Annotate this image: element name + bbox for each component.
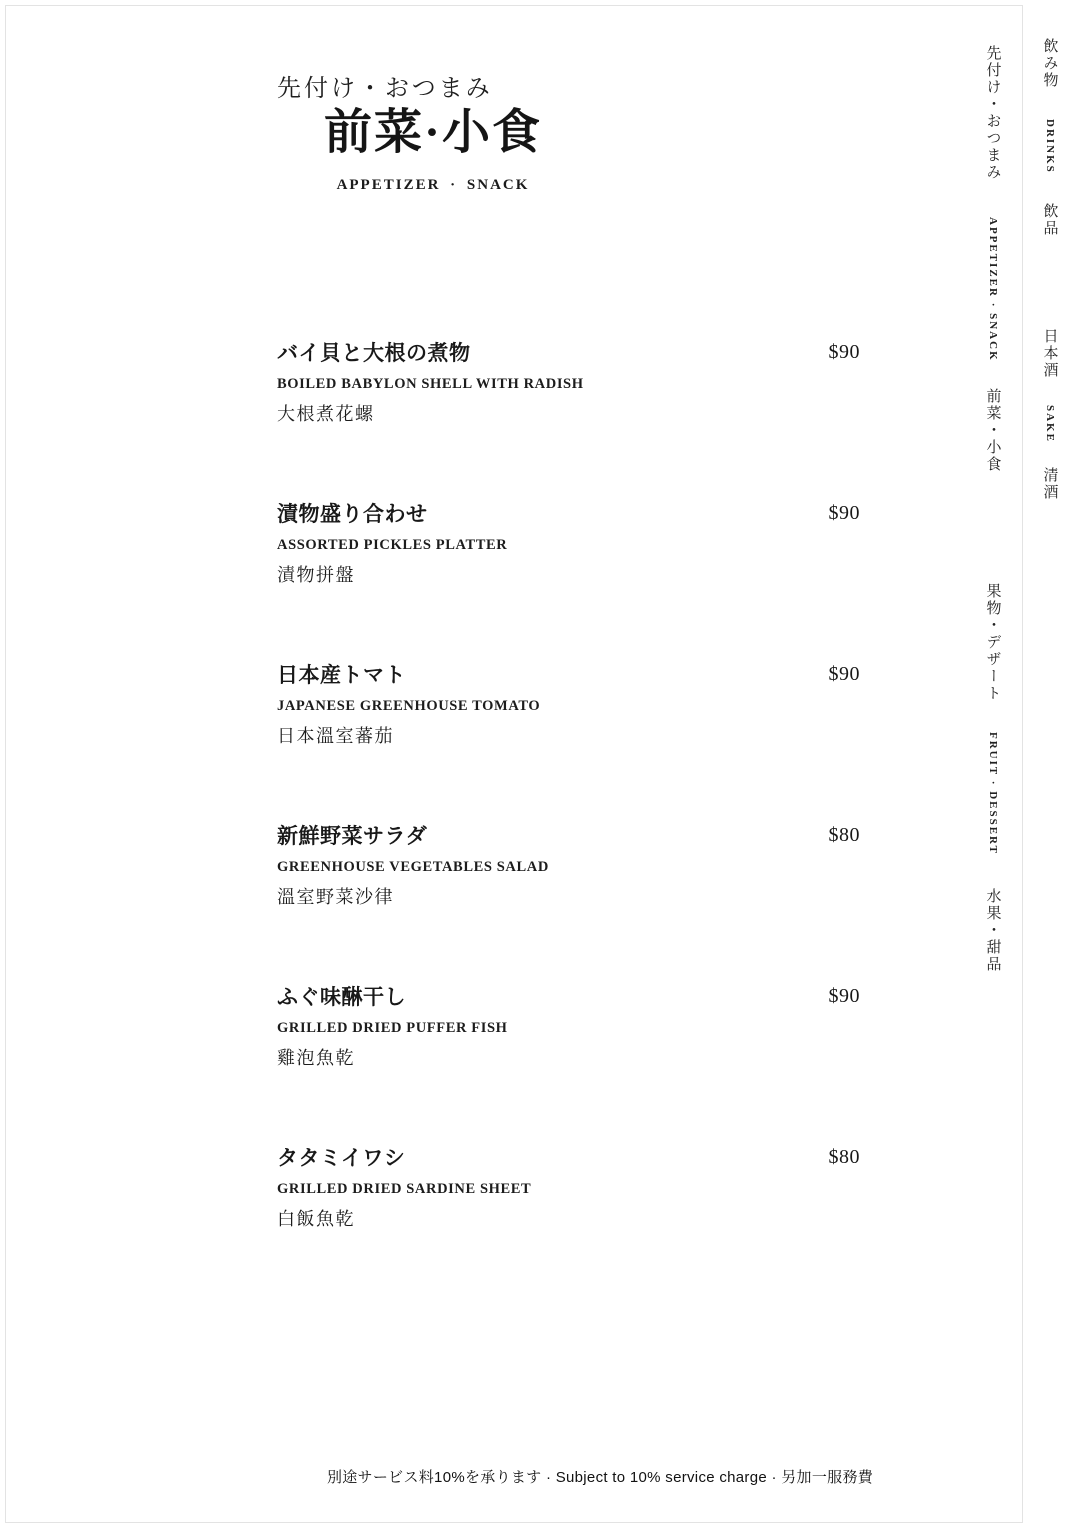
sidenav-appetizer-jp-label: 先付け・おつまみ <box>983 45 1004 181</box>
sidenav-fruit-dessert-zh-label: 水果・甜品 <box>983 888 1004 973</box>
menu-subtitle: APPETIZER · SNACK <box>277 177 589 194</box>
tab-sake-jp-label: 日本酒 <box>1040 328 1061 379</box>
item-price: $80 <box>829 1146 861 1169</box>
menu-item: 漬物盛り合わせ $90 ASSORTED PICKLES PLATTER 漬物拼… <box>277 500 860 587</box>
edge-tab-sake[interactable]: 日本酒 SAKE 清酒 <box>1035 328 1065 501</box>
tab-sake-en-label: SAKE <box>1044 405 1056 443</box>
item-name-en: GRILLED DRIED SARDINE SHEET <box>277 1180 860 1198</box>
item-price: $80 <box>829 824 861 847</box>
item-name-zh: 白飯魚乾 <box>277 1207 860 1231</box>
item-name-en: JAPANESE GREENHOUSE TOMATO <box>277 697 860 715</box>
item-price: $90 <box>829 663 861 686</box>
item-price: $90 <box>829 502 861 525</box>
item-name-zh: 雞泡魚乾 <box>277 1046 860 1070</box>
item-name-zh: 漬物拼盤 <box>277 563 860 587</box>
item-price: $90 <box>829 341 861 364</box>
menu-item: ふぐ味醂干し $90 GRILLED DRIED PUFFER FISH 雞泡魚… <box>277 983 860 1070</box>
sidenav-section-fruit-dessert[interactable]: 果物・デザート FRUIT · DESSERT 水果・甜品 <box>977 583 1009 973</box>
menu-item-list: バイ貝と大根の煮物 $90 BOILED BABYLON SHELL WITH … <box>277 339 860 1305</box>
sidenav-section-appetizer-snack[interactable]: 先付け・おつまみ APPETIZER · SNACK 前菜・小食 <box>977 45 1009 473</box>
item-name-zh: 大根煮花螺 <box>277 402 860 426</box>
tab-drinks-jp-label: 飲み物 <box>1040 38 1061 89</box>
item-name-en: GREENHOUSE VEGETABLES SALAD <box>277 858 860 876</box>
item-name-zh: 溫室野菜沙律 <box>277 885 860 909</box>
item-price: $90 <box>829 985 861 1008</box>
menu-item: 日本産トマト $90 JAPANESE GREENHOUSE TOMATO 日本… <box>277 661 860 748</box>
tab-sake-zh-label: 清酒 <box>1040 467 1061 501</box>
sidenav-appetizer-zh-label: 前菜・小食 <box>983 388 1004 473</box>
sidenav-fruit-dessert-jp-label: 果物・デザート <box>983 583 1004 702</box>
menu-item: 新鮮野菜サラダ $80 GREENHOUSE VEGETABLES SALAD … <box>277 822 860 909</box>
item-name-jp: 日本産トマト <box>277 661 860 689</box>
service-charge-note: 別途サービス料10%を承ります · Subject to 10% service… <box>120 1466 1080 1487</box>
tab-drinks-en-label: DRINKS <box>1044 119 1056 174</box>
item-name-jp: 漬物盛り合わせ <box>277 500 860 528</box>
item-name-jp: 新鮮野菜サラダ <box>277 822 860 850</box>
item-name-jp: タタミイワシ <box>277 1144 860 1172</box>
sidenav-appetizer-en-label: APPETIZER · SNACK <box>987 217 999 362</box>
item-name-en: ASSORTED PICKLES PLATTER <box>277 536 860 554</box>
item-name-jp: バイ貝と大根の煮物 <box>277 339 860 367</box>
item-name-en: GRILLED DRIED PUFFER FISH <box>277 1019 860 1037</box>
item-name-jp: ふぐ味醂干し <box>277 983 860 1011</box>
sidenav-fruit-dessert-en-label: FRUIT · DESSERT <box>987 732 999 855</box>
tab-drinks-zh-label: 飲品 <box>1040 203 1061 237</box>
item-name-en: BOILED BABYLON SHELL WITH RADISH <box>277 375 860 393</box>
menu-item: バイ貝と大根の煮物 $90 BOILED BABYLON SHELL WITH … <box>277 339 860 426</box>
edge-tab-drinks[interactable]: 飲み物 DRINKS 飲品 <box>1035 38 1065 237</box>
menu-section-kicker: 先付け・おつまみ <box>277 68 493 103</box>
menu-title: 前菜·小食 <box>277 104 589 162</box>
menu-item: タタミイワシ $80 GRILLED DRIED SARDINE SHEET 白… <box>277 1144 860 1231</box>
item-name-zh: 日本溫室蕃茄 <box>277 724 860 748</box>
